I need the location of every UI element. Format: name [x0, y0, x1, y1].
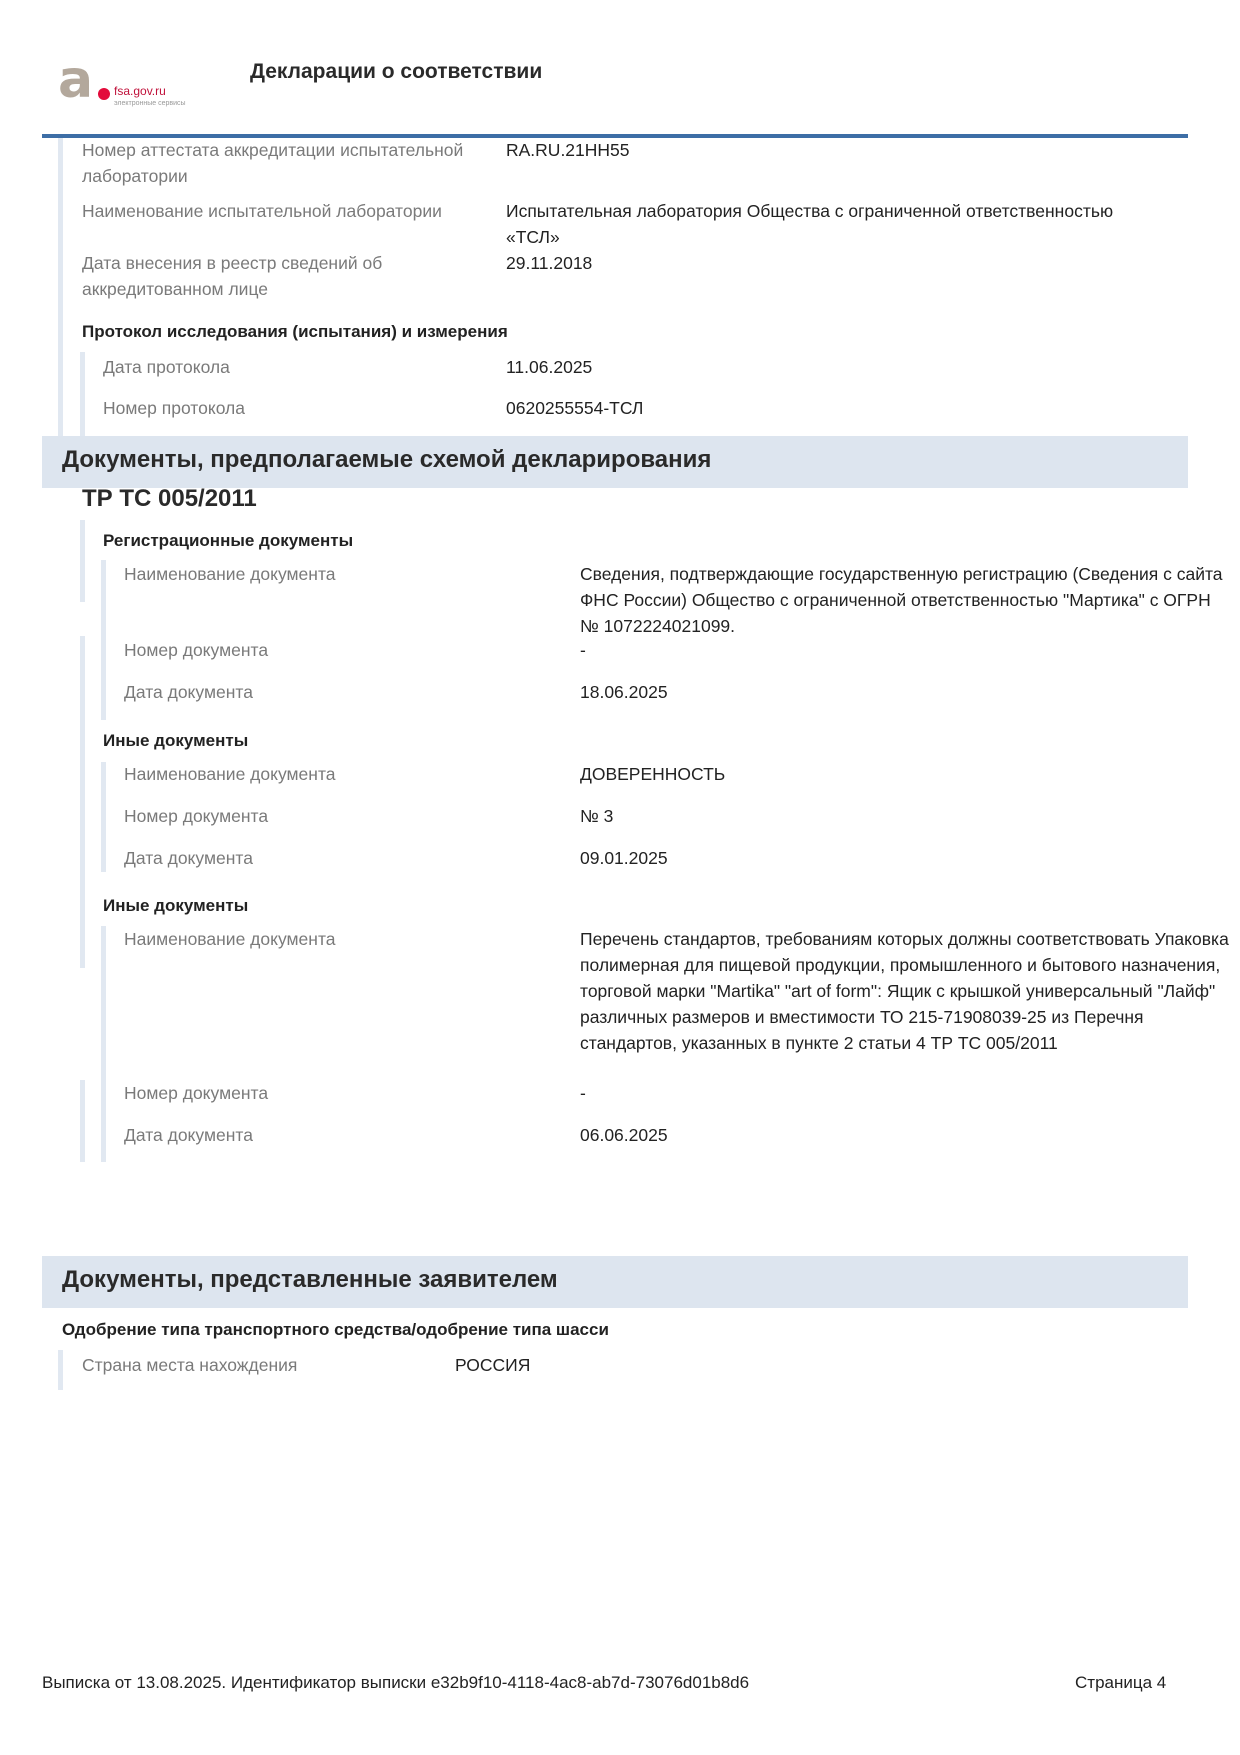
field-value: 11.06.2025	[506, 354, 592, 380]
document-title: Декларации о соответствии	[250, 60, 542, 84]
field-label: Дата документа	[124, 845, 253, 871]
section-title: Документы, предполагаемые схемой деклари…	[62, 446, 711, 474]
section-bar	[80, 352, 85, 438]
field-label: Номер документа	[124, 637, 268, 663]
field-value: 0620255554-ТСЛ	[506, 395, 643, 421]
field-label: Наименование документа	[124, 561, 336, 587]
field-label: Дата документа	[124, 1122, 253, 1148]
field-label: Дата документа	[124, 679, 253, 705]
section-bar	[58, 1350, 63, 1390]
section-bar	[80, 1080, 85, 1162]
field-value: 06.06.2025	[580, 1122, 668, 1148]
section-bar	[101, 560, 106, 720]
fsa-logo: a fsa.gov.ru электронные сервисы	[58, 56, 218, 112]
applicant-subtitle: Одобрение типа транспортного средства/од…	[62, 1320, 609, 1340]
page-number: Страница 4	[1075, 1673, 1166, 1693]
section-bar	[80, 520, 85, 602]
field-value: РОССИЯ	[455, 1352, 530, 1378]
field-value: 18.06.2025	[580, 679, 668, 705]
group-title: Иные документы	[103, 731, 248, 751]
section-bar	[58, 138, 63, 438]
field-value: -	[580, 1080, 586, 1106]
field-label: Наименование испытательной лаборатории	[82, 198, 502, 224]
field-value: 29.11.2018	[506, 250, 592, 276]
group-title: Иные документы	[103, 896, 248, 916]
section-bar	[101, 926, 106, 1162]
field-value: № 3	[580, 803, 613, 829]
field-label: Наименование документа	[124, 761, 336, 787]
footer-extract-info: Выписка от 13.08.2025. Идентификатор вып…	[42, 1673, 749, 1693]
field-label: Дата внесения в реестр сведений об аккре…	[82, 250, 442, 302]
logo-dot-icon	[98, 88, 110, 100]
field-label: Страна места нахождения	[82, 1352, 297, 1378]
section-bar	[80, 722, 85, 968]
logo-site: fsa.gov.ru	[114, 84, 166, 98]
logo-subtitle: электронные сервисы	[114, 100, 186, 107]
section-title: Документы, представленные заявителем	[62, 1266, 558, 1294]
section-bar	[80, 636, 85, 722]
field-label: Номер документа	[124, 1080, 268, 1106]
field-value: Испытательная лаборатория Общества с огр…	[506, 198, 1166, 250]
field-label: Номер протокола	[103, 395, 245, 421]
regulation-title: ТР ТС 005/2011	[82, 485, 257, 513]
field-value: -	[580, 637, 586, 663]
field-value: RA.RU.21HH55	[506, 137, 630, 163]
field-label: Номер аттестата аккредитации испытательн…	[82, 137, 502, 189]
protocol-title: Протокол исследования (испытания) и изме…	[82, 322, 508, 342]
field-value: ДОВЕРЕННОСТЬ	[580, 761, 725, 787]
field-value: 09.01.2025	[580, 845, 668, 871]
field-label: Наименование документа	[124, 926, 336, 952]
field-value: Сведения, подтверждающие государственную…	[580, 561, 1230, 639]
field-label: Номер документа	[124, 803, 268, 829]
section-header-applicant-docs: Документы, представленные заявителем	[42, 1256, 1188, 1308]
section-bar	[101, 762, 106, 872]
field-value: Перечень стандартов, требованиям которых…	[580, 926, 1230, 1056]
group-title: Регистрационные документы	[103, 531, 353, 551]
field-label: Дата протокола	[103, 354, 230, 380]
logo-a-icon: a	[58, 56, 93, 104]
section-header-scheme-docs: Документы, предполагаемые схемой деклари…	[42, 436, 1188, 488]
